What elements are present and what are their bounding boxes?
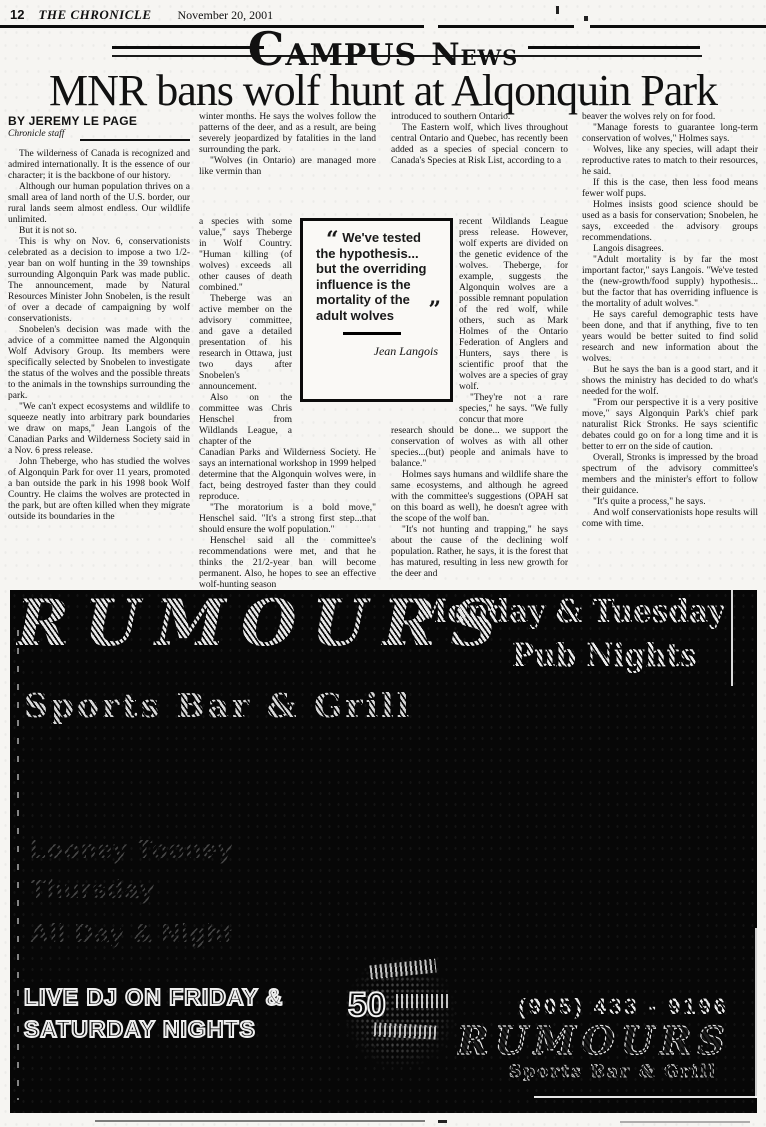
scan-artifact: [556, 6, 559, 14]
article-paragraph: But he says the ban is a good start, and…: [582, 365, 758, 398]
column-segment: The wilderness of Canada is recognized a…: [8, 149, 190, 523]
section-title-news: NEWS: [431, 37, 518, 73]
column-segment: introduced to southern Ontario.The Easte…: [391, 112, 568, 217]
article-paragraph: "Wolves (in Ontario) are managed more li…: [199, 156, 376, 178]
article-paragraph: But it is not so.: [8, 226, 190, 237]
column-segment: research should be done... we support th…: [391, 426, 568, 580]
byline: BY JEREMY LE PAGE: [8, 114, 137, 128]
article-paragraph: "They're not a rare species," he says. "…: [459, 393, 568, 426]
ad-stamp-badge: 50: [340, 958, 460, 1068]
article-paragraph: Snobelen's decision was made with the ad…: [8, 325, 190, 402]
article-paragraph: If this is the case, then less food mean…: [582, 178, 758, 200]
scan-artifact: [620, 1121, 750, 1123]
article-paragraph: "From our perspective it is a very posit…: [582, 398, 758, 453]
article-paragraph: John Theberge, who has studied the wolve…: [8, 457, 190, 523]
byline-credit: Chronicle staff: [8, 129, 64, 139]
masthead-title: THE CHRONICLE: [38, 7, 151, 23]
article-paragraph: Canadian Parks and Wilderness Society. H…: [199, 448, 376, 503]
article-paragraph: "It's not hunting and trapping," he says…: [391, 525, 568, 580]
article-paragraph: This is why on Nov. 6, conservationists …: [8, 237, 190, 325]
article-paragraph: He says careful demographic tests have b…: [582, 310, 758, 365]
ad-dj-line1: LIVE DJ ON FRIDAY &: [24, 984, 283, 1011]
column-segment: beaver the wolves rely on for food."Mana…: [582, 112, 758, 530]
scan-artifact: [438, 1120, 447, 1123]
article-column-4: beaver the wolves rely on for food."Mana…: [582, 112, 758, 530]
scan-artifact: [95, 1120, 425, 1122]
advertisement-rumours: RUMOURS Sports Bar & Grill Monday & Tues…: [10, 590, 757, 1113]
scan-artifact: [584, 16, 588, 21]
ad-footer-logo: RUMOURS: [457, 1018, 731, 1063]
pull-quote-attribution: Jean Langois: [303, 335, 450, 359]
article-paragraph: And wolf conservationists hope results w…: [582, 508, 758, 530]
article-paragraph: Wolves, like any species, will adapt the…: [582, 145, 758, 178]
article-paragraph: "Manage forests to guarantee long-term c…: [582, 123, 758, 145]
article-paragraph: "It's quite a process," he says.: [582, 497, 758, 508]
article-paragraph: The wilderness of Canada is recognized a…: [8, 149, 190, 182]
article-paragraph: recent Wildlands League press release. H…: [459, 217, 568, 393]
article-paragraph: Although our human population thrives on…: [8, 182, 190, 226]
article-paragraph: The Eastern wolf, which lives throughout…: [391, 123, 568, 167]
article-paragraph: Holmes insists good science should be us…: [582, 200, 758, 244]
ad-edge-dashes: [17, 630, 19, 1100]
ad-faint-line3: All Day & Night: [30, 918, 233, 949]
article-paragraph: "We can't expect ecosystems and wildlife…: [8, 402, 190, 457]
column-segment: Canadian Parks and Wilderness Society. H…: [199, 448, 376, 591]
article-paragraph: research should be done... we support th…: [391, 426, 568, 470]
pull-quote-box: “ We've tested the hypothesis... but the…: [300, 218, 453, 402]
ad-frame-line: [731, 590, 733, 686]
article-paragraph: a species with some value," says Theberg…: [199, 217, 292, 294]
stamp-50-text: 50: [348, 986, 386, 1025]
article-paragraph: Henschel said all the committee's recomm…: [199, 536, 376, 591]
ad-faint-line2: Thursday: [30, 874, 155, 905]
ad-frame-line: [534, 1096, 757, 1098]
column-segment: winter months. He says the wolves follow…: [199, 112, 376, 217]
article-paragraph: Holmes says humans and wildlife share th…: [391, 470, 568, 525]
pull-quote-text: “ We've tested the hypothesis... but the…: [303, 221, 450, 323]
article-paragraph: beaver the wolves rely on for food.: [582, 112, 758, 123]
ad-footer-logo-sub: Sports Bar & Grill: [509, 1062, 717, 1082]
open-quote-mark: “: [326, 227, 339, 253]
masthead: 12 THE CHRONICLE November 20, 2001: [10, 7, 273, 23]
article-paragraph: Theberge was an active member on the adv…: [199, 294, 292, 393]
stamp-illegible-text-row: [396, 994, 448, 1008]
article-paragraph: "Adult mortality is by far the most impo…: [582, 255, 758, 310]
article-paragraph: Langois disagrees.: [582, 244, 758, 255]
article-paragraph: "The moratorium is a bold move," Hensche…: [199, 503, 376, 536]
article-paragraph: winter months. He says the wolves follow…: [199, 112, 376, 156]
ad-frame-line: [755, 928, 757, 1098]
section-title-campus: CAMPUS: [248, 22, 418, 76]
article-paragraph: introduced to southern Ontario.: [391, 112, 568, 123]
ad-logo-subtext: Sports Bar & Grill: [24, 686, 412, 725]
ad-phone-number: (905) 433 - 9196: [518, 994, 729, 1020]
issue-date: November 20, 2001: [178, 8, 274, 23]
ad-dj-line2: SATURDAY NIGHTS: [24, 1016, 256, 1043]
article-column-1: The wilderness of Canada is recognized a…: [8, 149, 190, 523]
section-banner: CAMPUS NEWS: [0, 22, 766, 76]
ad-faint-line1: Looney Tooney: [30, 834, 233, 865]
ad-promo-line1: Monday & Tuesday: [415, 592, 725, 630]
article-paragraph: Overall, Stronks is impressed by the bro…: [582, 453, 758, 497]
newspaper-page: 12 THE CHRONICLE November 20, 2001 CAMPU…: [0, 0, 766, 1127]
byline-rule: [80, 139, 190, 141]
article-paragraph: Also on the committee was Chris Henschel…: [199, 393, 292, 448]
ad-promo-line2: Pub Nights: [512, 636, 697, 674]
page-number: 12: [10, 7, 24, 22]
